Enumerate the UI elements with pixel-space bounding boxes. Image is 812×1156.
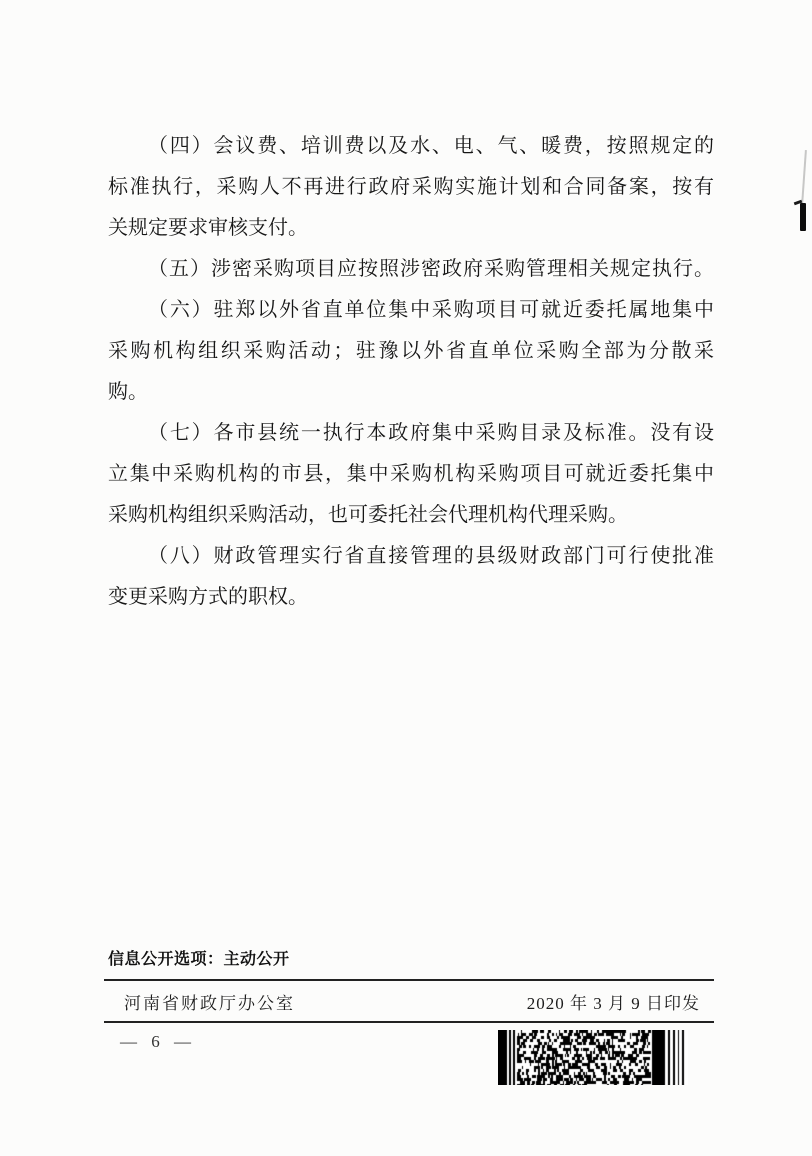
page-number: — 6 — [120, 1032, 196, 1052]
document-body: （四）会议费、培训费以及水、电、气、暖费，按照规定的 标准执行，采购人不再进行政… [108, 126, 714, 618]
scan-streak-artifact [801, 150, 807, 205]
footer-rule-bottom [104, 1021, 714, 1023]
paragraph-line: （五）涉密采购项目应按照涉密政府采购管理相关规定执行。 [108, 249, 714, 290]
paragraph-line: （六）驻郑以外省直单位集中采购项目可就近委托属地集中 [108, 290, 714, 331]
paragraph-line: （八）财政管理实行省直接管理的县级财政部门可行使批准 [108, 536, 714, 577]
scan-mark-artifact [800, 203, 806, 231]
paragraph-line: 变更采购方式的职权。 [108, 577, 714, 618]
barcode [498, 1030, 688, 1085]
footer-rule-top [104, 979, 714, 981]
paragraph-line: 购。 [108, 372, 714, 413]
print-date: 2020 年 3 月 9 日印发 [527, 989, 700, 1014]
footer-issuer-row: 河南省财政厅办公室 2020 年 3 月 9 日印发 [124, 989, 700, 1014]
paragraph-line: 采购机构组织采购活动，也可委托社会代理机构代理采购。 [108, 495, 714, 536]
scanned-document-page: （四）会议费、培训费以及水、电、气、暖费，按照规定的 标准执行，采购人不再进行政… [0, 0, 812, 1156]
disclosure-option-label: 信息公开选项：主动公开 [108, 946, 290, 969]
paragraph-line: 标准执行，采购人不再进行政府采购实施计划和合同备案，按有 [108, 167, 714, 208]
barcode-canvas [498, 1030, 688, 1085]
paragraph-line: 关规定要求审核支付。 [108, 208, 714, 249]
paragraph-line: 立集中采购机构的市县，集中采购机构采购项目可就近委托集中 [108, 454, 714, 495]
issuing-office: 河南省财政厅办公室 [124, 989, 295, 1014]
paragraph-line: 采购机构组织采购活动；驻豫以外省直单位采购全部为分散采 [108, 331, 714, 372]
paragraph-line: （四）会议费、培训费以及水、电、气、暖费，按照规定的 [108, 126, 714, 167]
paragraph-line: （七）各市县统一执行本政府集中采购目录及标准。没有设 [108, 413, 714, 454]
